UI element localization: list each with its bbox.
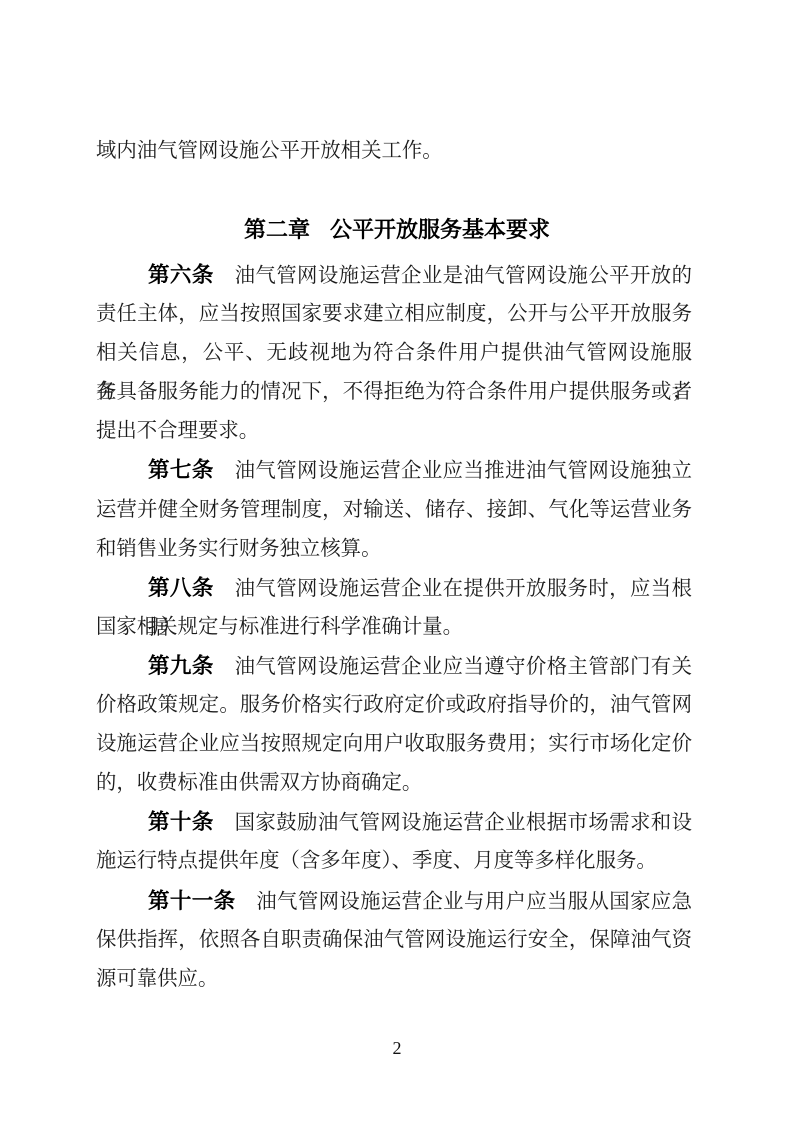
article-paragraph: 第六条 油气管网设施运营企业是油气管网设施公平开放的责任主体，应当按照国家要求建…: [96, 256, 692, 451]
text-line: 价格政策规定。服务价格实行政府定价或政府指导价的，油气管网: [96, 686, 692, 725]
article-paragraph: 第八条 油气管网设施运营企业在提供开放服务时，应当根据国家相关规定与标准进行科学…: [96, 569, 692, 647]
text-line: 第八条 油气管网设施运营企业在提供开放服务时，应当根据: [96, 569, 692, 608]
page-number: 2: [0, 1036, 794, 1060]
document-page: 域内油气管网设施公平开放相关工作。 第二章公平开放服务基本要求 第六条 油气管网…: [0, 0, 794, 1123]
text-line: 第六条 油气管网设施运营企业是油气管网设施公平开放的: [96, 256, 692, 295]
article-number-label: 第十条: [148, 810, 214, 834]
article-first-line-text: 油气管网设施运营企业与用户应当服从国家应急: [236, 891, 692, 913]
text-line: 责任主体，应当按照国家要求建立相应制度，公开与公平开放服务: [96, 295, 692, 334]
article-number-label: 第九条: [148, 654, 214, 678]
text-line: 运营并健全财务管理制度，对输送、储存、接卸、气化等运营业务: [96, 491, 692, 530]
text-line: 第十条 国家鼓励油气管网设施运营企业根据市场需求和设: [96, 803, 692, 842]
text-line: 源可靠供应。: [96, 960, 692, 999]
article-number-label: 第八条: [148, 576, 214, 600]
text-line: 的，收费标准由供需双方协商确定。: [96, 764, 692, 803]
text-line: 第七条 油气管网设施运营企业应当推进油气管网设施独立: [96, 451, 692, 490]
article-number-label: 第十一条: [148, 889, 236, 913]
text-line: 国家相关规定与标准进行科学准确计量。: [96, 608, 692, 647]
text-line: 提出不合理要求。: [96, 412, 692, 451]
chapter-number: 第二章: [244, 217, 310, 242]
paragraph-continuation-line: 域内油气管网设施公平开放相关工作。: [96, 132, 692, 171]
text-line: 设施运营企业应当按照规定向用户收取服务费用；实行市场化定价: [96, 725, 692, 764]
text-line: 保供指挥，依照各自职责确保油气管网设施运行安全，保障油气资: [96, 921, 692, 960]
article-number-label: 第六条: [148, 263, 214, 287]
article-first-line-text: 国家鼓励油气管网设施运营企业根据市场需求和设: [214, 812, 692, 834]
text-line: 和销售业务实行财务独立核算。: [96, 530, 692, 569]
article-number-label: 第七条: [148, 458, 214, 482]
article-first-line-text: 油气管网设施运营企业应当遵守价格主管部门有关: [214, 656, 692, 678]
text-line: 第九条 油气管网设施运营企业应当遵守价格主管部门有关: [96, 647, 692, 686]
chapter-heading: 第二章公平开放服务基本要求: [0, 214, 794, 246]
article-paragraph: 第七条 油气管网设施运营企业应当推进油气管网设施独立运营并健全财务管理制度，对输…: [96, 451, 692, 568]
text-line: 施运行特点提供年度（含多年度）、季度、月度等多样化服务。: [96, 842, 692, 881]
article-paragraph: 第十条 国家鼓励油气管网设施运营企业根据市场需求和设施运行特点提供年度（含多年度…: [96, 803, 692, 881]
text-line: 相关信息，公平、无歧视地为符合条件用户提供油气管网设施服务；: [96, 334, 692, 373]
text-line: 第十一条 油气管网设施运营企业与用户应当服从国家应急: [96, 882, 692, 921]
article-paragraph: 第九条 油气管网设施运营企业应当遵守价格主管部门有关价格政策规定。服务价格实行政…: [96, 647, 692, 803]
chapter-title: 公平开放服务基本要求: [330, 217, 550, 242]
article-paragraph: 第十一条 油气管网设施运营企业与用户应当服从国家应急保供指挥，依照各自职责确保油…: [96, 882, 692, 999]
article-first-line-text: 油气管网设施运营企业应当推进油气管网设施独立: [214, 460, 692, 482]
text-line: 在具备服务能力的情况下，不得拒绝为符合条件用户提供服务或者: [96, 373, 692, 412]
article-first-line-text: 油气管网设施运营企业是油气管网设施公平开放的: [214, 265, 692, 287]
articles-container: 第六条 油气管网设施运营企业是油气管网设施公平开放的责任主体，应当按照国家要求建…: [96, 256, 692, 999]
